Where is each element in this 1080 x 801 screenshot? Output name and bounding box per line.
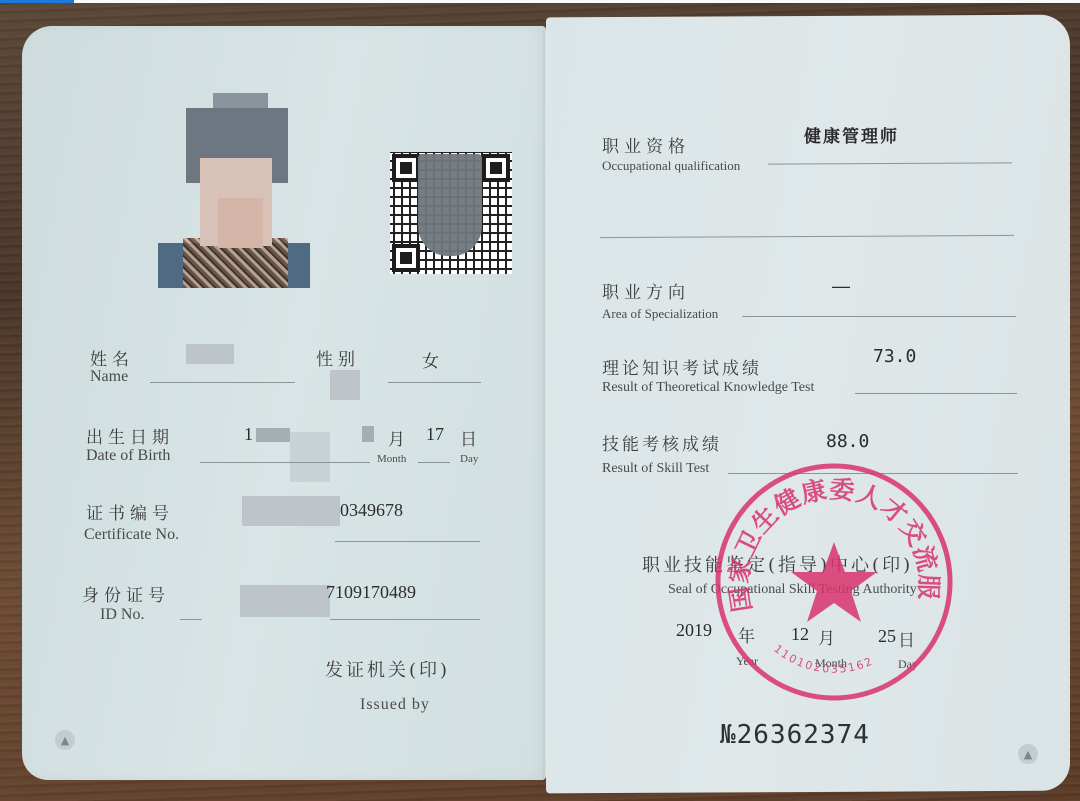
theory-score-value: 73.0 <box>873 346 916 367</box>
skill-score-label-cn: 技能考核成绩 <box>602 430 722 455</box>
certificate-no-value: 0349678 <box>340 500 403 521</box>
birth-month-label-en: Month <box>377 453 406 465</box>
official-seal-stamp: 国家卫生健康委人才交流服务中心 110102035162 <box>712 460 956 704</box>
seal-code: 110102035162 <box>771 642 875 676</box>
gender-value: 女 <box>422 347 444 372</box>
portrait-photo <box>158 93 310 288</box>
certificate-no-label-en: Certificate No. <box>84 526 179 544</box>
birth-day-label-cn: 日 <box>460 425 477 450</box>
name-label-en: Name <box>90 368 128 386</box>
emblem-mark-icon: ▲ <box>55 730 75 750</box>
specialization-value: — <box>832 276 850 297</box>
serial-number: №26362374 <box>720 720 870 750</box>
emblem-mark-icon: ▲ <box>1018 744 1038 764</box>
birth-year-prefix: 1 <box>244 424 253 445</box>
specialization-label-en: Area of Specialization <box>602 306 718 322</box>
certificate-no-redacted <box>242 496 340 526</box>
skill-score-value: 88.0 <box>826 431 869 452</box>
skill-score-label-en: Result of Skill Test <box>602 461 709 477</box>
issued-by-label-en: Issued by <box>360 696 430 714</box>
certificate-no-label-cn: 证书编号 <box>86 499 174 524</box>
id-no-value: 7109170489 <box>326 582 416 603</box>
id-no-label-en: ID No. <box>100 606 144 624</box>
gender-label-cn: 性别 <box>316 345 360 370</box>
qr-code-icon <box>390 152 512 274</box>
qualification-label-en: Occupational qualification <box>602 158 740 174</box>
issue-year-value: 2019 <box>676 620 712 641</box>
qualification-value: 健康管理师 <box>804 122 899 147</box>
id-no-redacted <box>240 585 330 617</box>
birth-date-label-en: Date of Birth <box>86 447 170 465</box>
specialization-label-cn: 职业方向 <box>602 278 690 303</box>
id-no-label-cn: 身份证号 <box>82 581 170 606</box>
name-label-cn: 姓名 <box>90 345 134 370</box>
birth-date-label-cn: 出生日期 <box>86 423 174 448</box>
book-spine <box>543 30 547 778</box>
birth-day-value: 17 <box>426 424 444 445</box>
top-blue-bar <box>0 0 74 3</box>
svg-text:110102035162: 110102035162 <box>771 642 875 676</box>
name-value-redacted <box>186 344 234 364</box>
theory-score-label-cn: 理论知识考试成绩 <box>602 354 762 379</box>
qualification-label-cn: 职业资格 <box>602 132 690 157</box>
top-strip <box>0 0 1080 3</box>
birth-month-label-cn: 月 <box>388 425 405 450</box>
issued-by-label-cn: 发证机关(印) <box>325 656 450 682</box>
birth-day-label-en: Day <box>460 453 478 465</box>
theory-score-label-en: Result of Theoretical Knowledge Test <box>602 380 814 396</box>
